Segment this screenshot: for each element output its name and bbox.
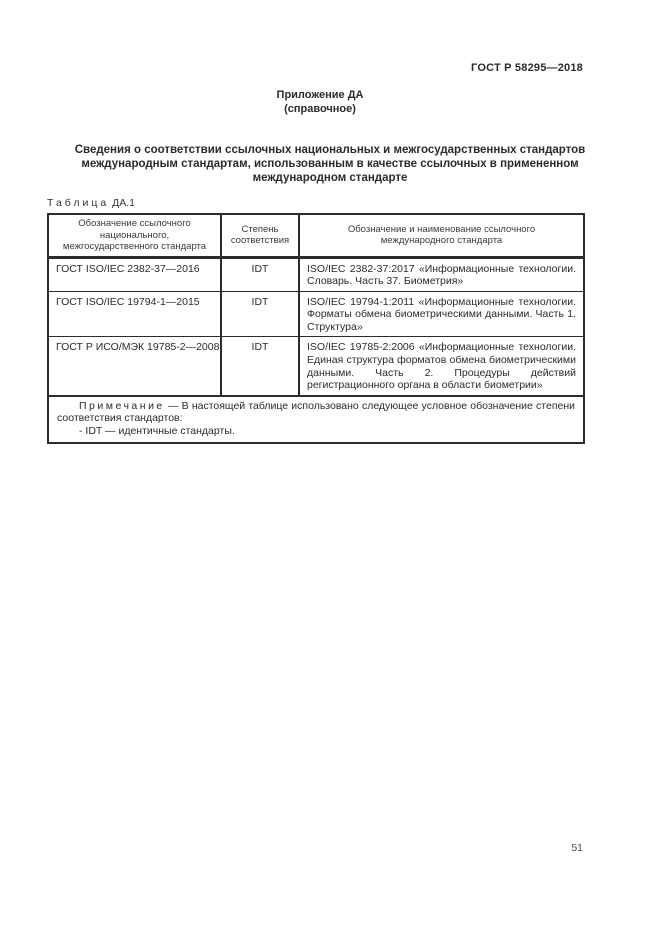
col-header-degree: Степень соответствия [221,214,299,257]
note-label: Примечание [79,400,165,412]
col-header-national: Обозначение ссылочного национального, ме… [48,214,221,257]
note-item: - IDT — идентичные стандарты. [57,425,575,438]
note-text-line: Примечание — В настоящей таблице использ… [57,400,575,425]
international-standard-cell: ISO/IEC 19785-2:2006 «Информационные тех… [299,337,584,396]
table-caption: Таблица ДА.1 [47,197,135,209]
table-header-row: Обозначение ссылочного национального, ме… [48,214,584,257]
table-note-row: Примечание — В настоящей таблице использ… [48,396,584,443]
col-header-international-label: Обозначение и наименование ссылочного ме… [339,224,544,247]
table-row: ГОСТ Р ИСО/МЭК 19785-2—2008 IDT ISO/IEC … [48,337,584,396]
national-standard-cell: ГОСТ ISO/IEC 19794-1—2015 [48,291,221,337]
national-standard-cell: ГОСТ ISO/IEC 2382-37—2016 [48,257,221,291]
standards-correspondence-table: Обозначение ссылочного национального, ме… [47,213,585,444]
table-caption-word: Таблица [47,197,109,209]
appendix-title: Приложение ДА [0,89,640,103]
national-standard-cell: ГОСТ Р ИСО/МЭК 19785-2—2008 [48,337,221,396]
appendix-heading: Приложение ДА (справочное) [0,89,640,116]
degree-cell: IDT [221,337,299,396]
page-number: 51 [571,842,583,854]
doc-number-header: ГОСТ Р 58295—2018 [471,62,583,74]
col-header-international: Обозначение и наименование ссылочного ме… [299,214,584,257]
document-page: { "page": { "doc_number": "ГОСТ Р 58295—… [0,0,661,935]
table-row: ГОСТ ISO/IEC 2382-37—2016 IDT ISO/IEC 23… [48,257,584,291]
section-title: Сведения о соответствии ссылочных национ… [52,143,608,185]
table-caption-number: ДА.1 [112,197,135,209]
table-note: Примечание — В настоящей таблице использ… [48,396,584,443]
appendix-subtitle: (справочное) [0,103,640,117]
table-row: ГОСТ ISO/IEC 19794-1—2015 IDT ISO/IEC 19… [48,291,584,337]
international-standard-cell: ISO/IEC 2382-37:2017 «Информационные тех… [299,257,584,291]
international-standard-cell: ISO/IEC 19794-1:2011 «Информационные тех… [299,291,584,337]
degree-cell: IDT [221,257,299,291]
degree-cell: IDT [221,291,299,337]
